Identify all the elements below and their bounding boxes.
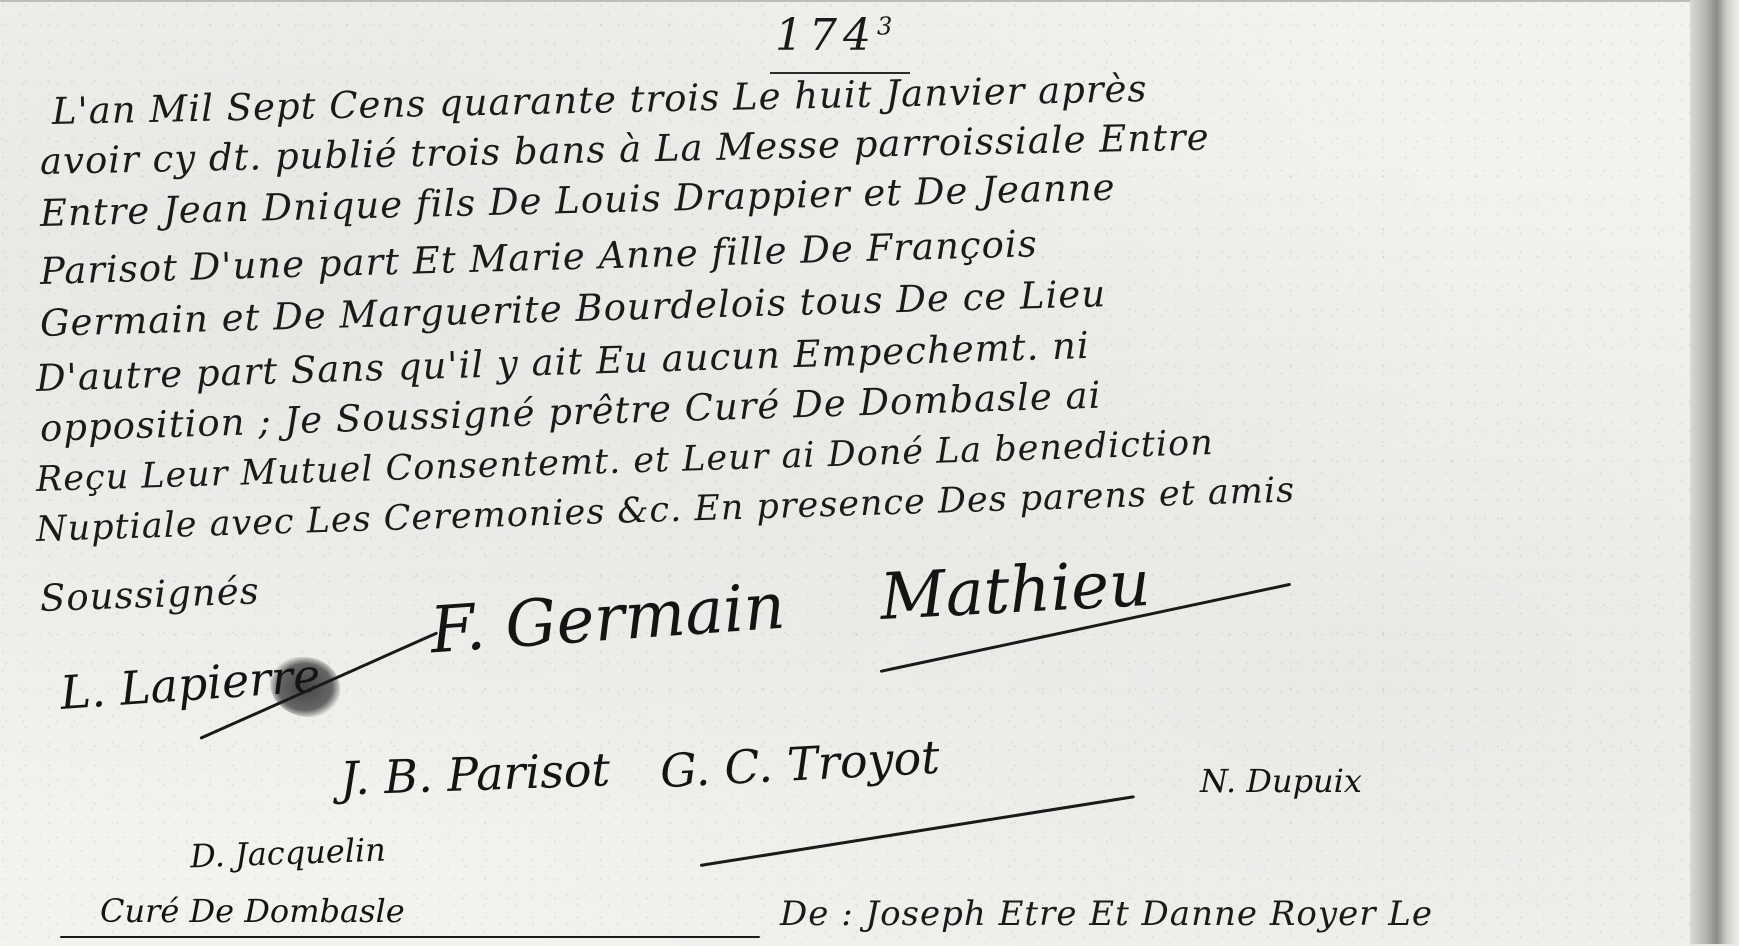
register-page: 1743 L'an Mil Sept Cens quarante trois L… xyxy=(0,0,1690,944)
year-text: 174 xyxy=(775,10,877,61)
signature-cure: Curé De Dombasle xyxy=(100,892,405,930)
signature-lapierre: L. Lapierre xyxy=(58,648,321,720)
signature-jacquelin: D. Jacquelin xyxy=(189,831,386,876)
year-heading: 1743 xyxy=(775,10,892,61)
body-line-10: Soussignés xyxy=(39,569,260,620)
next-entry-line: De : Joseph Etre Et Danne Royer Le xyxy=(780,894,1433,934)
entry-separator-rule xyxy=(60,936,760,938)
signature-troyot: G. C. Troyot xyxy=(659,730,941,799)
signature-underline xyxy=(700,795,1135,867)
signature-parisot: J. B. Parisot xyxy=(339,742,611,805)
signature-dupuix: N. Dupuix xyxy=(1200,762,1362,800)
year-suffix: 3 xyxy=(877,12,892,40)
signature-germain: F. Germain xyxy=(428,570,788,669)
page-binding-edge xyxy=(1690,0,1739,944)
